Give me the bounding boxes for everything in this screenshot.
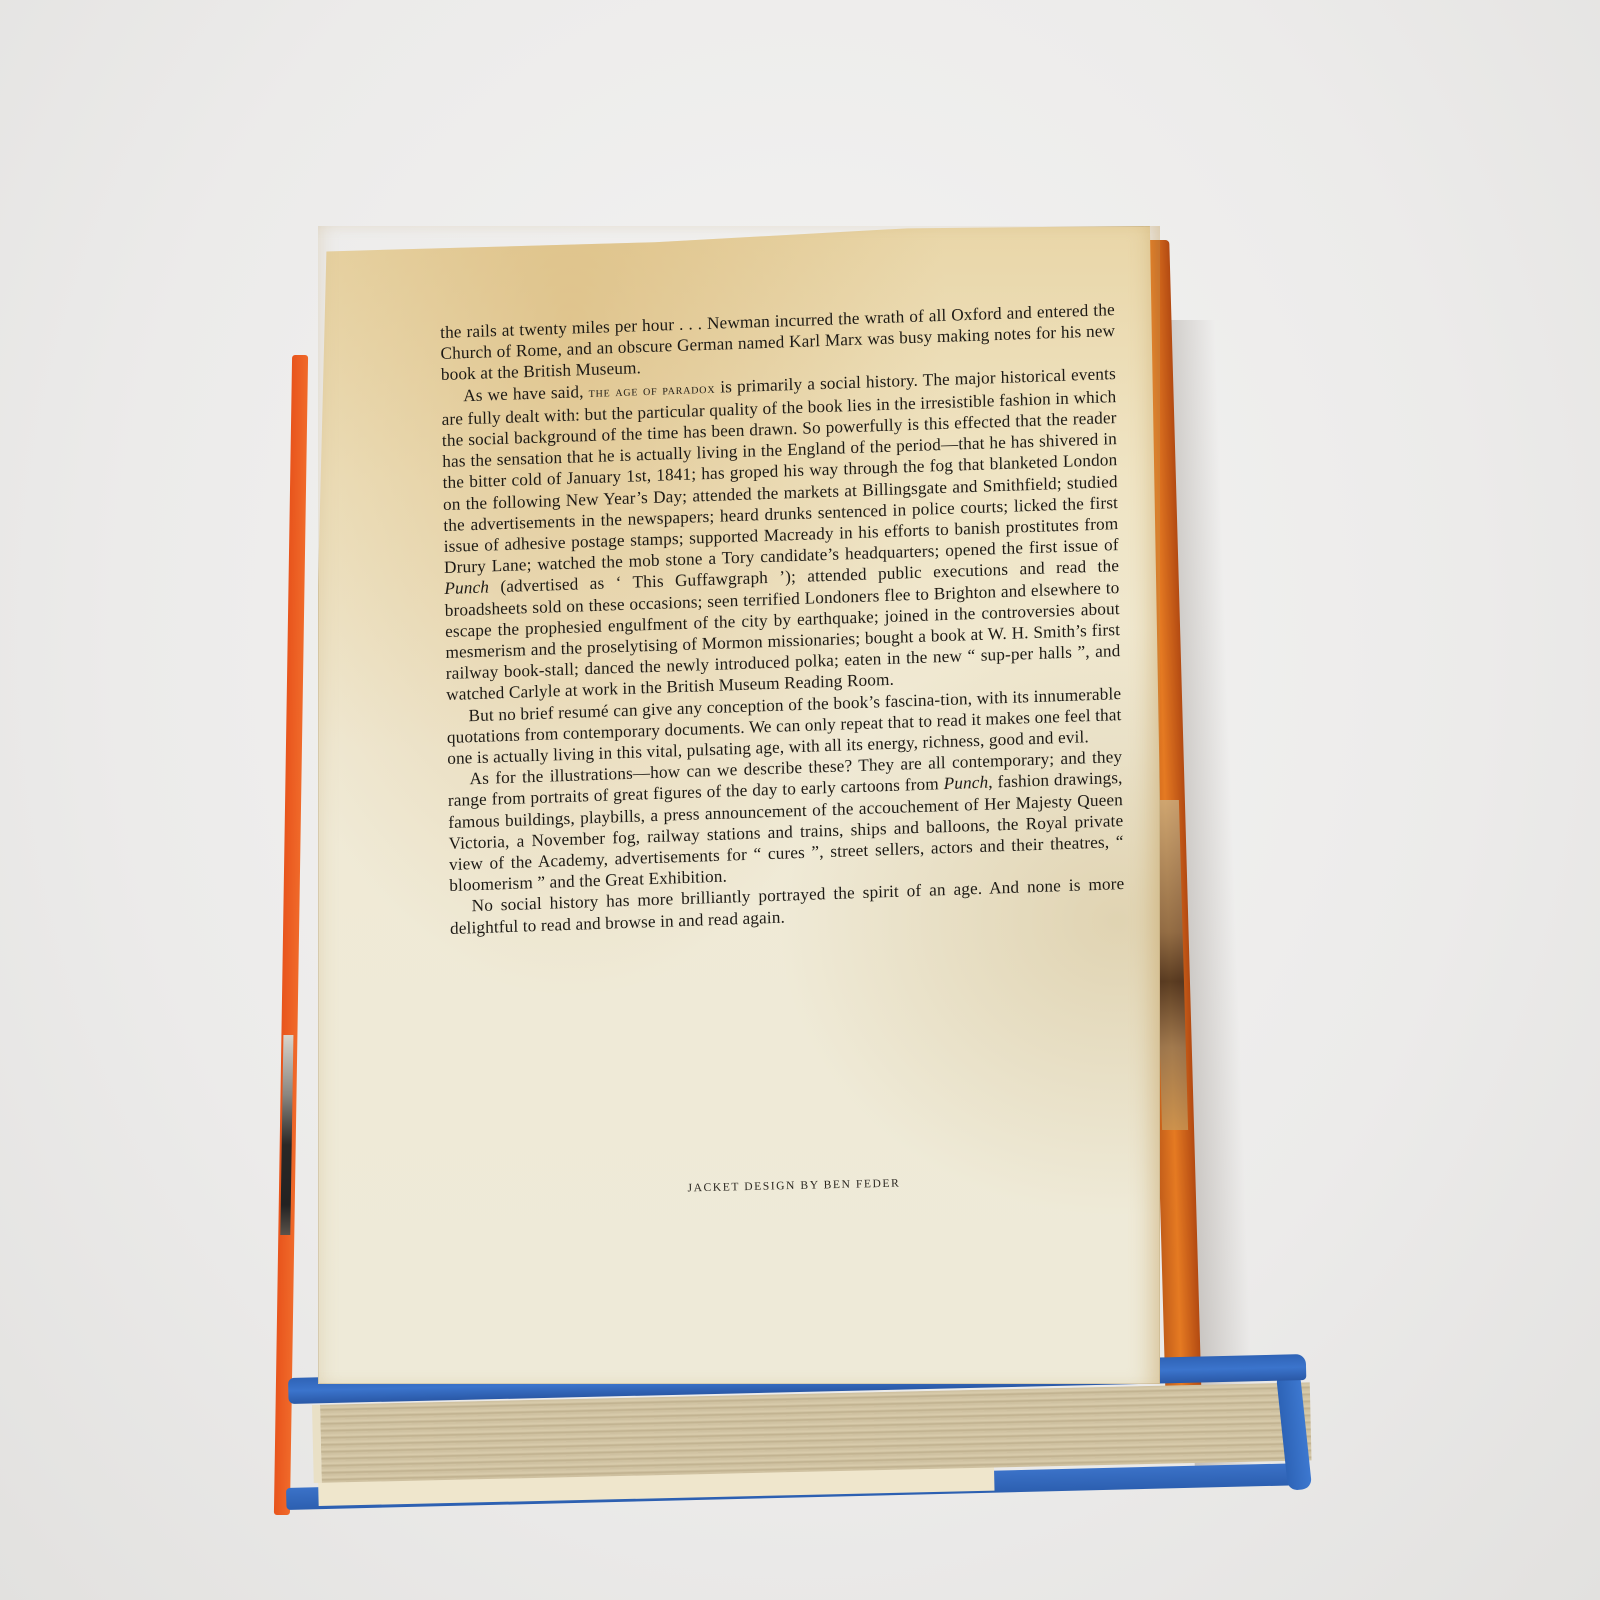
blurb-text: (advertised as ‘ This Guffawgraph ’); at…	[445, 556, 1121, 704]
italic-title: Punch	[444, 578, 489, 599]
blurb-text: As we have said,	[463, 382, 589, 405]
blurb-paragraph: As for the illustrations—how can we desc…	[447, 746, 1124, 896]
book-title: the age of paradox	[589, 381, 716, 400]
jacket-blurb-text: the rails at twenty miles per hour . . .…	[440, 299, 1125, 939]
blurb-paragraph: As we have said, the age of paradox is p…	[441, 363, 1121, 706]
orange-binding-left	[274, 355, 308, 1515]
photo-scene: the rails at twenty miles per hour . . .…	[0, 0, 1600, 1600]
front-cover-artwork-strip	[280, 1035, 293, 1235]
italic-title: Punch	[943, 773, 988, 794]
